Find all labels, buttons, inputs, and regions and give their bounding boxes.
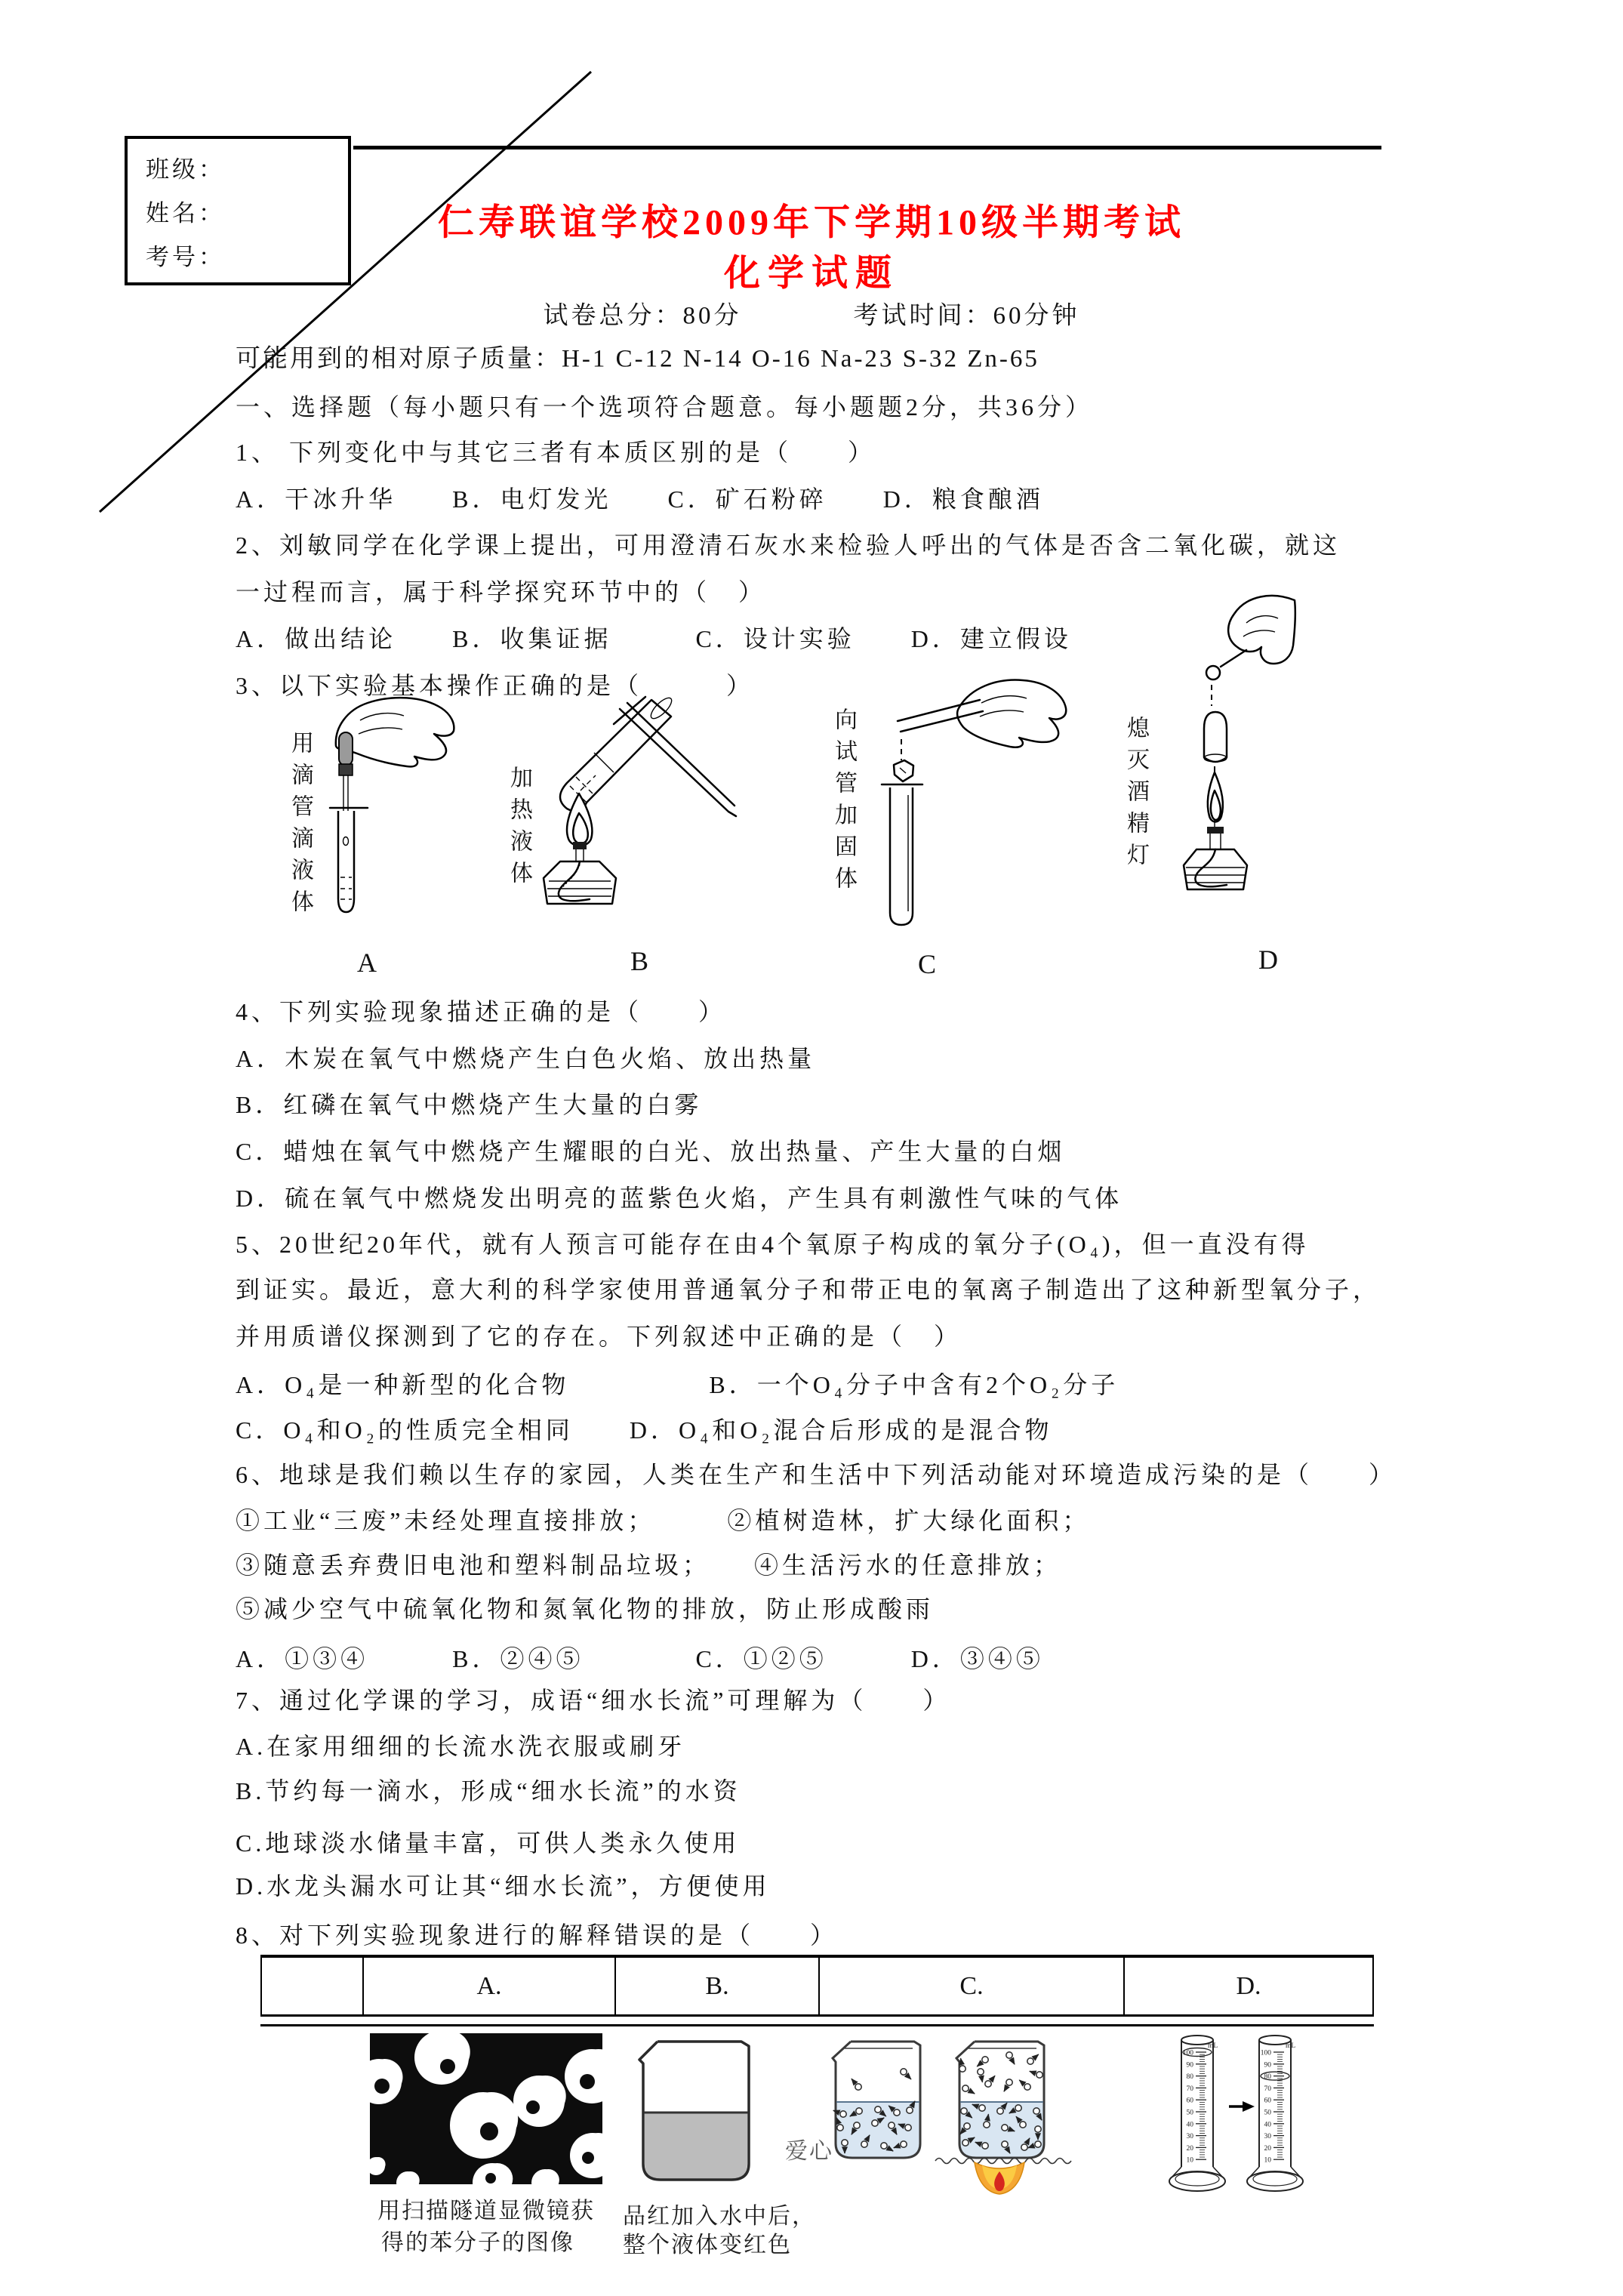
fig3-d-label: 熄灭酒精灯 (1123, 716, 1148, 874)
question-line: A．干冰升华 B．电灯发光 C．矿石粉碎 D．粮食酿酒 (236, 480, 1044, 515)
question-line: D．硫在氧气中燃烧发出明亮的蓝紫色火焰，产生具有刺激性气味的气体 (236, 1179, 1123, 1214)
question-line: 到证实。最近，意大利的科学家使用普通氧分子和带正电的氧离子制造出了这种新型氧分子… (236, 1271, 1381, 1305)
svg-text:mL: mL (1286, 2042, 1295, 2050)
question-line: 2、刘敏同学在化学课上提出，可用澄清石灰水来检验人呼出的气体是否含二氧化碳，就这 (236, 526, 1341, 561)
fig3-d-drawing-lamp-icon (1174, 593, 1302, 910)
q8-a-caption-line2: 得的苯分子的图像 (381, 2224, 574, 2257)
question-line: A．①③④ B．②④⑤ C．①②⑤ D．③④⑤ (236, 1640, 1044, 1675)
svg-text:70: 70 (1187, 2085, 1194, 2093)
fig3-b-letter: B (630, 945, 648, 977)
question-line: C．蜡烛在氧气中燃烧产生耀眼的白光、放出热量、产生大量的白烟 (236, 1133, 1065, 1167)
svg-text:30: 30 (1264, 2133, 1272, 2140)
svg-text:90: 90 (1187, 2061, 1194, 2069)
exam-meta: 试卷总分：80分 考试时间：60分钟 (121, 296, 1502, 331)
question-line: A.在家用细细的长流水洗衣服或刷牙 (236, 1727, 685, 1762)
fig3-c-letter: C (918, 948, 936, 980)
question-line: 并用质谱仪探测到了它的存在。下列叙述中正确的是（ ） (236, 1318, 962, 1352)
q8-a-caption-line1: 用扫描隧道显微镜获 (377, 2192, 595, 2225)
q8-table-underline (260, 2024, 1374, 2026)
question-line: 一、选择题（每小题只有一个选项符合题意。每小题题2分，共36分） (236, 388, 1093, 423)
question-line: 7、通过化学课的学习，成语“细水长流”可理解为（ ） (236, 1681, 950, 1716)
question-line: 4、下列实验现象描述正确的是（ ） (236, 993, 726, 1028)
question-line: 5、20世纪20年代，就有人预言可能存在由4个氧原子构成的氧分子(O₄)，但一直… (236, 1225, 1310, 1260)
q8-c-molecules-image (825, 2039, 1074, 2199)
header-rule (353, 146, 1381, 149)
question-line: A．做出结论 B．收集证据 C．设计实验 D．建立假设 (236, 620, 1072, 655)
svg-text:70: 70 (1264, 2085, 1272, 2093)
svg-text:30: 30 (1187, 2133, 1194, 2140)
fig3-a-letter: A (357, 947, 377, 978)
q8-col-c: C. (820, 1958, 1125, 2014)
question-line: 6、地球是我们赖以生存的家园，人类在生产和生活中下列活动能对环境造成污染的是（ … (236, 1456, 1397, 1490)
question-line: A．O₄是一种新型的化合物 B．一个O₄分子中含有2个O₂分子 (236, 1366, 1119, 1401)
question-line: C．O₄和O₂的性质完全相同 D．O₄和O₂混合后形成的是混合物 (236, 1411, 1053, 1446)
fig3-c-label: 向试管加固体 (830, 707, 856, 898)
question-line: B．红磷在氧气中燃烧产生大量的白雾 (236, 1086, 702, 1120)
q8-d-cylinders-image: 100908070605040302010mL 1009080706050403… (1163, 2031, 1336, 2201)
fig3-d-letter: D (1258, 944, 1278, 975)
svg-text:40: 40 (1264, 2121, 1272, 2128)
question-line: A．木炭在氧气中燃烧产生白色火焰、放出热量 (236, 1040, 815, 1074)
fig3-a-label: 用滴管滴液体 (287, 731, 313, 921)
paper-title: 仁寿联谊学校2009年下学期10级半期考试 (121, 193, 1502, 245)
svg-text:10: 10 (1264, 2157, 1272, 2165)
question-line: 8、对下列实验现象进行的解释错误的是（ ） (236, 1916, 838, 1951)
fig3-b-drawing-heating-icon (517, 683, 751, 910)
q8-b-caption-line2: 整个液体变红色 (623, 2226, 792, 2259)
question-line: 1、 下列变化中与其它三者有本质区别的是（ ） (236, 433, 876, 468)
svg-text:60: 60 (1264, 2097, 1272, 2105)
atomic-masses: 可能用到的相对原子质量：H-1 C-12 N-14 O-16 Na-23 S-3… (236, 339, 1039, 374)
svg-text:90: 90 (1264, 2061, 1272, 2069)
q8-col-d: D. (1125, 1958, 1372, 2014)
fig3-a-drawing-dropper-icon (321, 693, 472, 920)
total-score: 试卷总分：80分 (544, 303, 742, 330)
class-label: 班级： (146, 150, 348, 184)
paper-subtitle: 化学试题 (121, 244, 1502, 296)
meta-gap (742, 303, 854, 330)
svg-text:10: 10 (1187, 2157, 1194, 2165)
svg-text:50: 50 (1264, 2110, 1272, 2117)
fig3-c-drawing-solid-icon (861, 674, 1072, 935)
svg-text:80: 80 (1187, 2073, 1194, 2081)
question-line: B.节约每一滴水，形成“细水长流”的水资 (236, 1772, 741, 1807)
q8-header-table: A. B. C. D. (260, 1955, 1374, 2017)
q8-col-blank (262, 1958, 364, 2014)
svg-text:60: 60 (1187, 2097, 1194, 2105)
question-line: ①工业“三废”未经处理直接排放； ②植树造林，扩大绿化面积； (236, 1502, 1090, 1536)
svg-text:100: 100 (1261, 2050, 1272, 2057)
exam-paper-page: 班级： 姓名： 考号： 仁寿联谊学校2009年下学期10级半期考试 化学试题 试… (0, 0, 1623, 2296)
question-line: D.水龙头漏水可让其“细水长流”，方便使用 (236, 1867, 771, 1902)
q8-col-a: A. (364, 1958, 616, 2014)
question-line: ③随意丢弃费旧电池和塑料制品垃圾； ④生活污水的任意排放； (236, 1546, 1061, 1581)
q8-a-stm-image (370, 2033, 602, 2184)
question-line: ⑤减少空气中硫氧化物和氮氧化物的排放，防止形成酸雨 (236, 1590, 934, 1625)
q8-b-beaker-image (630, 2037, 762, 2188)
svg-text:50: 50 (1187, 2110, 1194, 2117)
question-line: 一过程而言，属于科学探究环节中的（ ） (236, 573, 766, 608)
svg-text:20: 20 (1187, 2145, 1194, 2153)
exam-duration: 考试时间：60分钟 (854, 303, 1080, 330)
question-line: C.地球淡水储量丰富，可供人类永久使用 (236, 1824, 740, 1859)
svg-text:40: 40 (1187, 2121, 1194, 2128)
svg-text:mL: mL (1208, 2042, 1218, 2050)
svg-text:20: 20 (1264, 2145, 1272, 2153)
q8-col-b: B. (616, 1958, 820, 2014)
